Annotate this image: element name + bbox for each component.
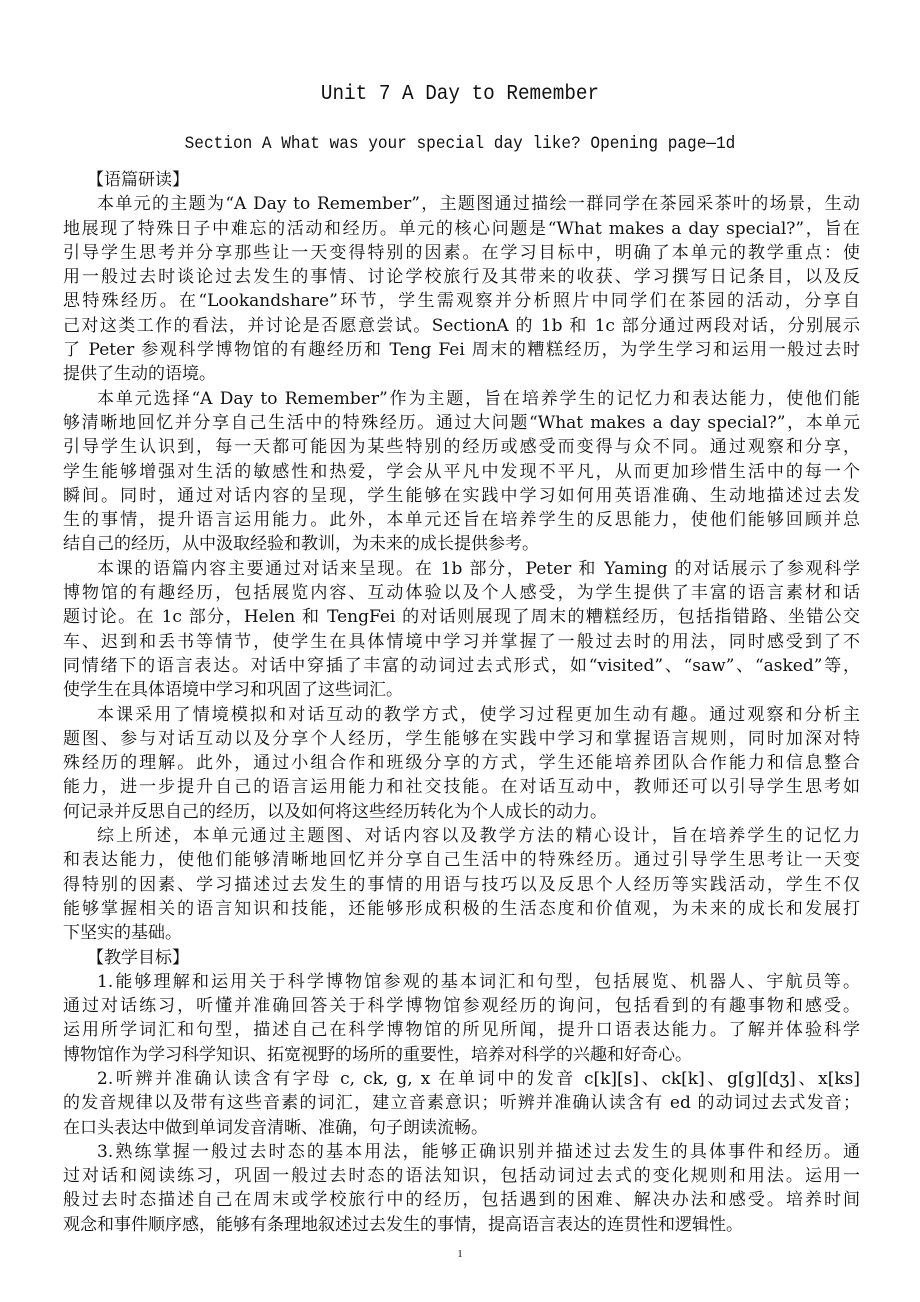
document-subtitle: Section A What was your special day like… bbox=[37, 130, 883, 158]
text-line: 了 Peter 参观科学博物馆的有趣经历和 Teng Fei 周末的糟糕经历，为… bbox=[63, 338, 860, 362]
paragraph: 本单元选择“A Day to Remember”作为主题，旨在培养学生的记忆力和… bbox=[63, 387, 860, 557]
text-line: 同情绪下的语言表达。对话中穿插了丰富的动词过去式形式，如“visited”、“s… bbox=[63, 654, 860, 678]
text-line: 博物馆作为学习科学知识、拓宽视野的场所的重要性，培养对科学的兴趣和好奇心。 bbox=[63, 1043, 860, 1067]
text-line: 引导学生思考并分享那些让一天变得特别的因素。在学习目标中，明确了本单元的教学重点… bbox=[63, 241, 860, 265]
paragraph: 本课的语篇内容主要通过对话来呈现。在 1b 部分，Peter 和 Yaming … bbox=[63, 557, 860, 703]
text-line: 过对话和阅读练习，巩固一般过去时态的语法知识，包括动词过去式的变化规则和用法。运… bbox=[63, 1164, 860, 1188]
text-line: 和表达能力，使他们能够清晰地回忆并分享自己生活中的特殊经历。通过引导学生思考让一… bbox=[63, 848, 860, 872]
text-line: 瞬间。同时，通过对话内容的呈现，学生能够在实践中学习如何用英语准确、生动地描述过… bbox=[63, 484, 860, 508]
text-line: 提供了生动的语境。 bbox=[63, 362, 860, 386]
section-heading-text-analysis: 【语篇研读】 bbox=[63, 168, 860, 192]
text-line: 本课采用了情境模拟和对话互动的教学方式，使学习过程更加生动有趣。通过观察和分析主 bbox=[63, 703, 860, 727]
text-line: 题图、参与对话互动以及分享个人经历，学生能够在实践中学习和掌握语言规则，同时加深… bbox=[63, 727, 860, 751]
text-line: 1.能够理解和运用关于科学博物馆参观的基本词汇和句型，包括展览、机器人、宇航员等… bbox=[63, 970, 860, 994]
page-number: 1 bbox=[0, 1248, 920, 1260]
paragraph: 3.熟练掌握一般过去时态的基本用法，能够正确识别并描述过去发生的具体事件和经历。… bbox=[63, 1140, 860, 1237]
text-line: 己对这类工作的看法，并讨论是否愿意尝试。SectionA 的 1b 和 1c 部… bbox=[63, 314, 860, 338]
text-line: 使学生在具体语境中学习和巩固了这些词汇。 bbox=[63, 678, 860, 702]
text-line: 的发音规律以及带有这些音素的词汇，建立音素意识；听辨并准确认读含有 ed 的动词… bbox=[63, 1091, 860, 1115]
text-line: 下坚实的基础。 bbox=[63, 921, 860, 945]
text-line: 题讨论。在 1c 部分，Helen 和 TengFei 的对话则展现了周末的糟糕… bbox=[63, 605, 860, 629]
text-line: 殊经历的理解。此外，通过小组合作和班级分享的方式，学生还能培养团队合作能力和信息… bbox=[63, 751, 860, 775]
text-line: 地展现了特殊日子中难忘的活动和经历。单元的核心问题是“What makes a … bbox=[63, 217, 860, 241]
text-line: 结自己的经历，从中汲取经验和教训，为未来的成长提供参考。 bbox=[63, 532, 860, 556]
document-title: Unit 7 A Day to Remember bbox=[37, 80, 883, 110]
section-heading-teaching-goals: 【教学目标】 bbox=[63, 946, 860, 970]
text-line: 本单元选择“A Day to Remember”作为主题，旨在培养学生的记忆力和… bbox=[63, 387, 860, 411]
document-body: 【语篇研读】 本单元的主题为“A Day to Remember”，主题图通过描… bbox=[63, 168, 860, 1237]
document-page: Unit 7 A Day to Remember Section A What … bbox=[0, 0, 920, 1302]
text-line: 本单元的主题为“A Day to Remember”，主题图通过描绘一群同学在茶… bbox=[63, 192, 860, 216]
paragraph: 综上所述，本单元通过主题图、对话内容以及教学方法的精心设计，旨在培养学生的记忆力… bbox=[63, 824, 860, 945]
text-line: 思特殊经历。在“Lookandshare”环节，学生需观察并分析照片中同学们在茶… bbox=[63, 289, 860, 313]
paragraph: 1.能够理解和运用关于科学博物馆参观的基本词汇和句型，包括展览、机器人、宇航员等… bbox=[63, 970, 860, 1067]
text-line: 通过对话练习，听懂并准确回答关于科学博物馆参观经历的询问，包括看到的有趣事物和感… bbox=[63, 994, 860, 1018]
text-line: 引导学生认识到，每一天都可能因为某些特别的经历或感受而变得与众不同。通过观察和分… bbox=[63, 435, 860, 459]
paragraph: 本课采用了情境模拟和对话互动的教学方式，使学习过程更加生动有趣。通过观察和分析主… bbox=[63, 703, 860, 824]
text-line: 能力，进一步提升自己的语言运用能力和社交技能。在对话互动中，教师还可以引导学生思… bbox=[63, 775, 860, 799]
text-line: 何记录并反思自己的经历，以及如何将这些经历转化为个人成长的动力。 bbox=[63, 800, 860, 824]
text-line: 综上所述，本单元通过主题图、对话内容以及教学方法的精心设计，旨在培养学生的记忆力 bbox=[63, 824, 860, 848]
text-line: 能够掌握相关的语言知识和技能，还能够形成积极的生活态度和价值观，为未来的成长和发… bbox=[63, 897, 860, 921]
text-line: 2.听辨并准确认读含有字母 c, ck, g, x 在单词中的发音 c[k][s… bbox=[63, 1067, 860, 1091]
text-line: 用一般过去时谈论过去发生的事情、讨论学校旅行及其带来的收获、学习撰写日记条目，以… bbox=[63, 265, 860, 289]
text-line: 运用所学词汇和句型，描述自己在科学博物馆的所见所闻，提升口语表达能力。了解并体验… bbox=[63, 1018, 860, 1042]
paragraph: 2.听辨并准确认读含有字母 c, ck, g, x 在单词中的发音 c[k][s… bbox=[63, 1067, 860, 1140]
text-line: 3.熟练掌握一般过去时态的基本用法，能够正确识别并描述过去发生的具体事件和经历。… bbox=[63, 1140, 860, 1164]
text-line: 生的事情，提升语言运用能力。此外，本单元还旨在培养学生的反思能力，使他们能够回顾… bbox=[63, 508, 860, 532]
text-line: 车、迟到和丢书等情节，使学生在具体情境中学习并掌握了一般过去时的用法，同时感受到… bbox=[63, 630, 860, 654]
text-line: 在口头表达中做到单词发音清晰、准确，句子朗读流畅。 bbox=[63, 1116, 860, 1140]
text-line: 学生能够增强对生活的敏感性和热爱，学会从平凡中发现不平凡，从而更加珍惜生活中的每… bbox=[63, 460, 860, 484]
text-line: 本课的语篇内容主要通过对话来呈现。在 1b 部分，Peter 和 Yaming … bbox=[63, 557, 860, 581]
text-line: 观念和事件顺序感，能够有条理地叙述过去发生的事情，提高语言表达的连贯性和逻辑性。 bbox=[63, 1213, 860, 1237]
text-line: 博物馆的有趣经历，包括展览内容、互动体验以及个人感受，为学生提供了丰富的语言素材… bbox=[63, 581, 860, 605]
paragraph: 本单元的主题为“A Day to Remember”，主题图通过描绘一群同学在茶… bbox=[63, 192, 860, 386]
text-line: 般过去时态描述自己在周末或学校旅行中的经历，包括遇到的困难、解决办法和感受。培养… bbox=[63, 1188, 860, 1212]
text-line: 得特别的因素、学习描述过去发生的事情的用语与技巧以及反思个人经历等实践活动，学生… bbox=[63, 873, 860, 897]
text-line: 够清晰地回忆并分享自己生活中的特殊经历。通过大问题“What makes a d… bbox=[63, 411, 860, 435]
